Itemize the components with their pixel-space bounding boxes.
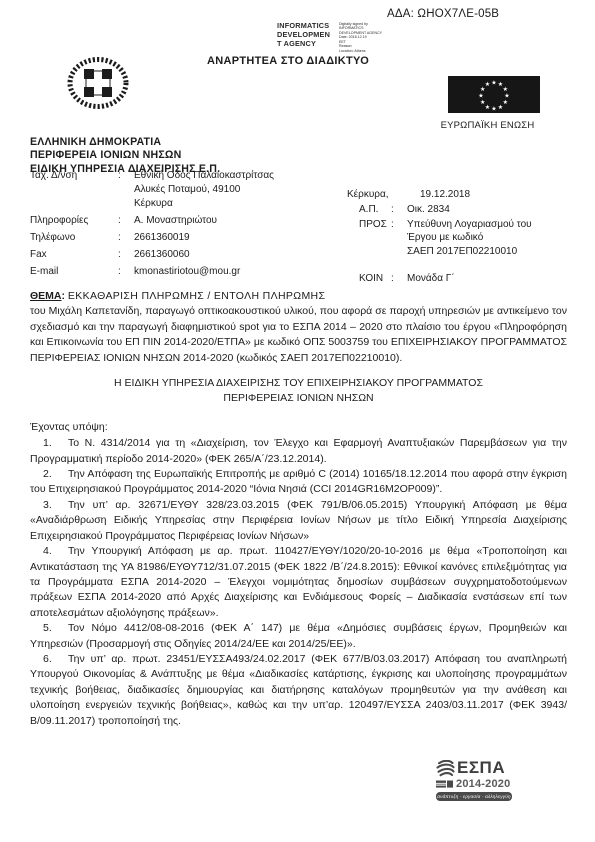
espa-logo-row1: ΕΣΠΑ bbox=[436, 758, 512, 778]
contact-colon: : bbox=[118, 169, 134, 210]
svg-text:★: ★ bbox=[491, 80, 496, 87]
item-text: Την υπ’ αρ. 32671/ΕΥΘΥ 328/23.03.2015 (Φ… bbox=[30, 499, 567, 542]
espa-tagline: ανάπτυξη - εργασία - αλληλεγγύη bbox=[437, 794, 510, 799]
issuer-heading-line2: ΠΕΡΙΦΕΡΕΙΑΣ ΙΟΝΙΩΝ ΝΗΣΩΝ bbox=[30, 391, 567, 406]
pros-value: Υπεύθυνη Λογαριασμού του Έργου με κωδικό… bbox=[407, 218, 567, 259]
org-line-1: ΕΛΛΗΝΙΚΗ ΔΗΜΟΚΡΑΤΙΑ bbox=[30, 136, 220, 149]
item-number: 1. bbox=[43, 436, 68, 451]
subject-title: ΕΚΚΑΘΑΡΙΣΗ ΠΛΗΡΩΜΗΣ / ΕΝΤΟΛΗ ΠΛΗΡΩΜΗΣ bbox=[68, 290, 325, 302]
pros-label: ΠΡΟΣ bbox=[347, 218, 391, 259]
contact-colon: : bbox=[118, 214, 134, 228]
item-number: 5. bbox=[43, 621, 68, 636]
subject-label: ΘΕΜΑ bbox=[30, 290, 62, 302]
eu-emblem: ★★★ ★★★ ★★★ ★★★ ΕΥΡΩΠΑΪΚΗ ΕΝΩΣΗ bbox=[448, 76, 543, 131]
item-text: Το Ν. 4314/2014 για τη «Διαχείριση, τον … bbox=[30, 437, 567, 464]
having-regard: Έχοντας υπόψη: bbox=[30, 420, 567, 435]
espa-waves-icon bbox=[436, 760, 455, 777]
contact-row-fax: Fax : 2661360060 bbox=[30, 248, 330, 262]
contact-label: Ταχ. Δ/νση bbox=[30, 169, 118, 210]
ap-value: Οικ. 2834 bbox=[407, 203, 567, 217]
contact-row-info: Πληροφορίες : Α. Μοναστηριώτου bbox=[30, 214, 330, 228]
item-text: Την Υπουργική Απόφαση με αρ. πρωτ. 11042… bbox=[30, 545, 567, 619]
contact-row-address: Ταχ. Δ/νση : Εθνική Οδός Παλαιοκαστρίτσα… bbox=[30, 169, 330, 210]
legal-item-4: 4.Την Υπουργική Απόφαση με αρ. πρωτ. 110… bbox=[30, 544, 567, 621]
place-date-row: Κέρκυρα, 19.12.2018 bbox=[347, 188, 567, 202]
svg-text:★: ★ bbox=[478, 93, 483, 100]
contact-row-phone: Τηλέφωνο : 2661360019 bbox=[30, 231, 330, 245]
legal-item-5: 5.Τον Νόμο 4412/08-08-2016 (ΦΕΚ Α΄ 147) … bbox=[30, 621, 567, 652]
svg-text:★: ★ bbox=[503, 99, 508, 106]
subject-body: του Μιχάλη Καπετανίδη, παραγωγό οπτικοακ… bbox=[30, 304, 567, 366]
item-text: Τον Νόμο 4412/08-08-2016 (ΦΕΚ Α΄ 147) με… bbox=[30, 622, 567, 649]
doc-place: Κέρκυρα, bbox=[347, 188, 420, 202]
koin-value: Μονάδα Γ΄ bbox=[407, 272, 567, 286]
espa-tagline-bar: ανάπτυξη - εργασία - αλληλεγγύη bbox=[436, 792, 512, 801]
ap-label: Α.Π. bbox=[347, 203, 391, 217]
koin-colon: : bbox=[391, 272, 407, 286]
koin-row: ΚΟΙΝ : Μονάδα Γ΄ bbox=[347, 272, 567, 286]
contact-value: 2661360019 bbox=[134, 231, 330, 245]
contact-row-email: E-mail : kmonastiriotou@mou.gr bbox=[30, 265, 330, 279]
legal-item-3: 3.Την υπ’ αρ. 32671/ΕΥΘΥ 328/23.03.2015 … bbox=[30, 498, 567, 544]
contact-value: Α. Μοναστηριώτου bbox=[134, 214, 330, 228]
svg-text:★: ★ bbox=[485, 104, 490, 111]
pros-colon: : bbox=[391, 218, 407, 259]
item-number: 2. bbox=[43, 467, 68, 482]
anartitea-label: ΑΝΑΡΤΗΤΕΑ ΣΤΟ ΔΙΑΔΙΚΤΥΟ bbox=[207, 55, 369, 67]
contact-details: Ταχ. Δ/νση : Εθνική Οδός Παλαιοκαστρίτσα… bbox=[30, 169, 330, 282]
legal-item-6: 6.Την υπ’ αρ. πρωτ. 23451/ΕΥΣΣΑ493/24.02… bbox=[30, 652, 567, 729]
svg-text:★: ★ bbox=[485, 81, 490, 88]
document-meta: Κέρκυρα, 19.12.2018 Α.Π. : Οικ. 2834 ΠΡΟ… bbox=[347, 188, 567, 287]
contact-label: Τηλέφωνο bbox=[30, 231, 118, 245]
item-number: 6. bbox=[43, 652, 68, 667]
ap-colon: : bbox=[391, 203, 407, 217]
pros-row: ΠΡΟΣ : Υπεύθυνη Λογαριασμού του Έργου με… bbox=[347, 218, 567, 259]
org-line-2: ΠΕΡΙΦΕΡΕΙΑ ΙΟΝΙΩΝ ΝΗΣΩΝ bbox=[30, 149, 220, 162]
contact-label: Πληροφορίες bbox=[30, 214, 118, 228]
contact-value: Εθνική Οδός Παλαιοκαστρίτσας Αλυκές Ποτα… bbox=[134, 169, 330, 210]
legal-item-1: 1.Το Ν. 4314/2014 για τη «Διαχείριση, το… bbox=[30, 436, 567, 467]
svg-text:★: ★ bbox=[480, 99, 485, 106]
espa-years: 2014-2020 bbox=[456, 778, 510, 790]
ada-number: ΑΔΑ: ΩΗΟΧ7ΛΕ-05Β bbox=[387, 8, 499, 20]
document-page: ΑΔΑ: ΩΗΟΧ7ΛΕ-05Β INFORMATICS DEVELOPMEN … bbox=[0, 0, 595, 842]
contact-colon: : bbox=[118, 231, 134, 245]
espa-title: ΕΣΠΑ bbox=[457, 758, 505, 778]
contact-colon: : bbox=[118, 248, 134, 262]
greek-coat-of-arms-icon bbox=[66, 57, 130, 109]
signature-agency-name: INFORMATICS DEVELOPMEN T AGENCY bbox=[277, 22, 335, 53]
document-body: ΘΕΜΑ: ΕΚΚΑΘΑΡΙΣΗ ΠΛΗΡΩΜΗΣ / ΕΝΤΟΛΗ ΠΛΗΡΩ… bbox=[30, 289, 567, 729]
contact-value: 2661360060 bbox=[134, 248, 330, 262]
item-number: 4. bbox=[43, 544, 68, 559]
espa-logo: ΕΣΠΑ 2014-2020 ανάπτυξη - εργασία - αλλη… bbox=[436, 758, 512, 801]
doc-date: 19.12.2018 bbox=[420, 188, 470, 202]
digital-signature-stamp: INFORMATICS DEVELOPMEN T AGENCY Digitall… bbox=[277, 22, 397, 53]
legal-items-list: 1.Το Ν. 4314/2014 για τη «Διαχείριση, το… bbox=[30, 436, 567, 729]
contact-colon: : bbox=[118, 265, 134, 279]
item-text: Την Απόφαση της Ευρωπαϊκής Επιτροπής με … bbox=[30, 468, 567, 495]
subject-line: ΘΕΜΑ: ΕΚΚΑΘΑΡΙΣΗ ΠΛΗΡΩΜΗΣ / ΕΝΤΟΛΗ ΠΛΗΡΩ… bbox=[30, 289, 567, 304]
legal-item-2: 2.Την Απόφαση της Ευρωπαϊκής Επιτροπής μ… bbox=[30, 467, 567, 498]
eu-label: ΕΥΡΩΠΑΪΚΗ ΕΝΩΣΗ bbox=[432, 120, 543, 131]
issuer-heading-line1: Η ΕΙΔΙΚΗ ΥΠΗΡΕΣΙΑ ΔΙΑΧΕΙΡΙΣΗΣ ΤΟΥ ΕΠΙΧΕΙ… bbox=[30, 376, 567, 391]
contact-label: E-mail bbox=[30, 265, 118, 279]
svg-text:★: ★ bbox=[491, 106, 496, 113]
issuer-heading: Η ΕΙΔΙΚΗ ΥΠΗΡΕΣΙΑ ΔΙΑΧΕΙΡΙΣΗΣ ΤΟΥ ΕΠΙΧΕΙ… bbox=[30, 376, 567, 407]
contact-label: Fax bbox=[30, 248, 118, 262]
item-text: Την υπ’ αρ. πρωτ. 23451/ΕΥΣΣΑ493/24.02.2… bbox=[30, 653, 567, 727]
protocol-row: Α.Π. : Οικ. 2834 bbox=[347, 203, 567, 217]
eu-flag-icon: ★★★ ★★★ ★★★ ★★★ bbox=[448, 76, 540, 113]
espa-flag-icon bbox=[436, 780, 453, 788]
item-number: 3. bbox=[43, 498, 68, 513]
svg-text:★: ★ bbox=[498, 104, 503, 111]
espa-logo-row2: 2014-2020 bbox=[436, 778, 512, 790]
contact-value: kmonastiriotou@mou.gr bbox=[134, 265, 330, 279]
signature-details: Digitally signed by INFORMATICS DEVELOPM… bbox=[339, 22, 397, 53]
koin-label: ΚΟΙΝ bbox=[347, 272, 391, 286]
